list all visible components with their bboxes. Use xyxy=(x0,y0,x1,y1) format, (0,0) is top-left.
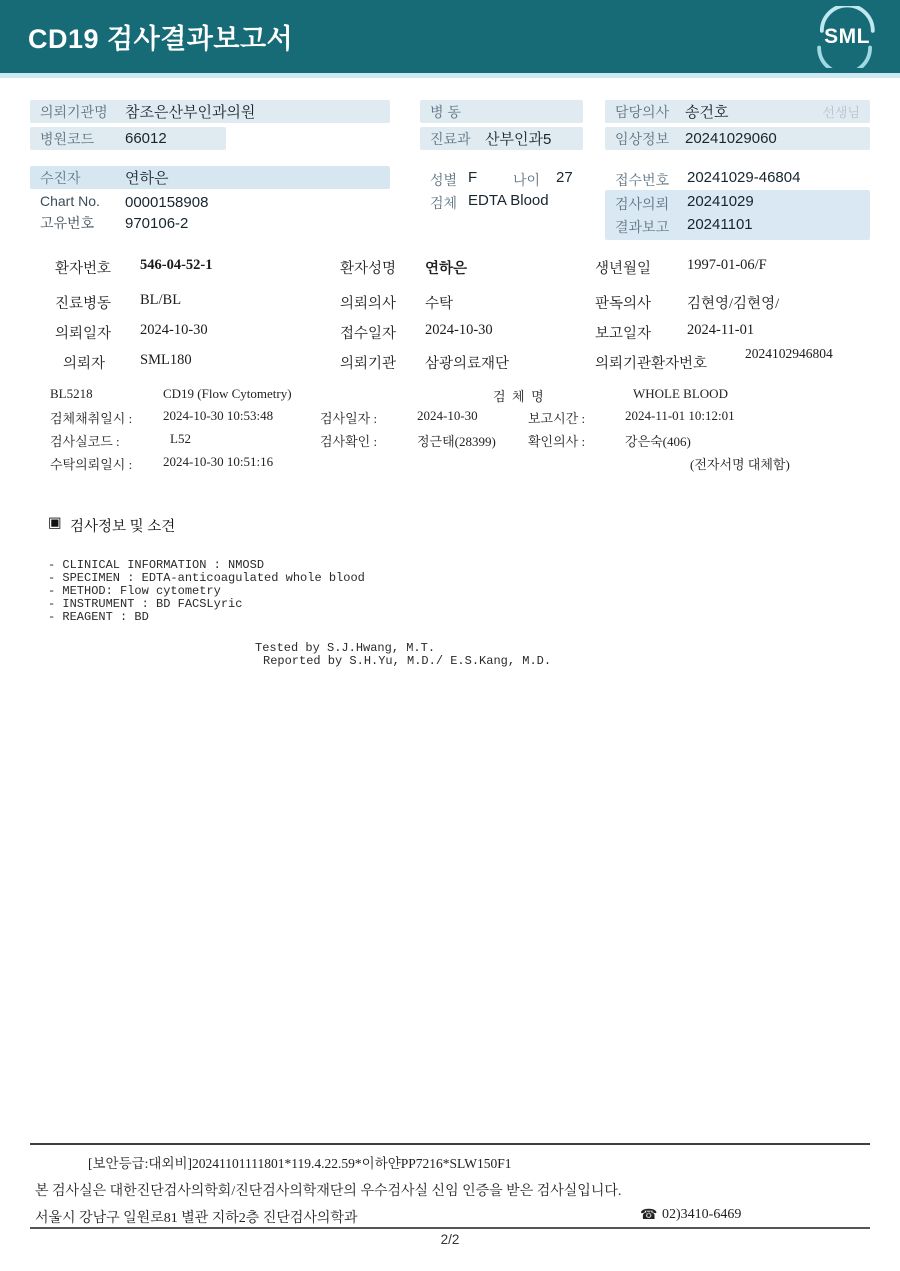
test-code: BL5218 xyxy=(50,386,93,402)
uid-label: 고유번호 xyxy=(40,213,94,233)
security-line: [보안등급:대외비]20241101111801*119.4.22.59*이하얀… xyxy=(88,1152,512,1172)
request-date-value: 20241029 xyxy=(687,193,754,210)
lab-report-page: CD19 검사결과보고서 SML 의뢰기관명 참조은산부인과의원 병원코드 66… xyxy=(0,0,900,1271)
ward-label: 진료병동 xyxy=(55,292,111,313)
field-patient-name: 수진자 연하은 xyxy=(30,166,390,189)
field-value: 참조은산부인과의원 xyxy=(125,101,255,122)
patient-no-label: 환자번호 xyxy=(55,257,111,278)
age-label: 나이 xyxy=(513,170,540,190)
report-time-label: 보고시간 : xyxy=(528,408,585,427)
field-value: 송건호 xyxy=(685,101,728,122)
footer-bottom-rule xyxy=(30,1227,870,1229)
ref-doctor-label: 의뢰의사 xyxy=(340,292,396,313)
sml-logo-text: SML xyxy=(816,6,878,68)
finding-line: - CLINICAL INFORMATION : NMOSD xyxy=(48,558,264,572)
collected-label: 검체채취일시 : xyxy=(50,408,132,427)
confirm-doctor-value: 강은숙(406) xyxy=(625,431,691,450)
verified-label: 검사확인 : xyxy=(320,431,377,450)
report-header: CD19 검사결과보고서 SML xyxy=(0,0,900,73)
test-date-value: 2024-10-30 xyxy=(417,408,478,424)
chart-no-label: Chart No. xyxy=(40,193,100,209)
confirm-doctor-label: 확인의사 : xyxy=(528,431,585,450)
field-value: 연하은 xyxy=(125,167,168,188)
esign-note: (전자서명 대체함) xyxy=(690,454,790,473)
address-line: 서울시 강남구 일원로81 별관 지하2층 진단검사의학과 xyxy=(35,1207,358,1227)
patient-name-value: 연하은 xyxy=(425,257,467,278)
specimen-name-value: WHOLE BLOOD xyxy=(633,386,728,402)
verified-value: 정근태(28399) xyxy=(417,431,496,450)
finding-line: - INSTRUMENT : BD FACSLyric xyxy=(48,597,242,611)
phone-number: 02)3410-6469 xyxy=(662,1207,741,1223)
birth-label: 생년월일 xyxy=(595,257,651,278)
receipt-no-label: 접수번호 xyxy=(615,170,669,190)
receipt-date-value: 2024-10-30 xyxy=(425,322,493,339)
birth-value: 1997-01-06/F xyxy=(687,257,767,274)
report-date2-label: 보고일자 xyxy=(595,322,651,343)
tested-by-line: Tested by S.J.Hwang, M.T. xyxy=(255,641,435,655)
field-client-name: 의뢰기관명 참조은산부인과의원 xyxy=(30,100,390,123)
read-doctor-label: 판독의사 xyxy=(595,292,651,313)
finding-line: - REAGENT : BD xyxy=(48,610,149,624)
field-label: 담당의사 xyxy=(615,102,685,122)
ref-org-value: 삼광의료재단 xyxy=(425,352,509,373)
field-ward: 병 동 xyxy=(420,100,583,123)
reported-by-line: Reported by S.H.Yu, M.D./ E.S.Kang, M.D. xyxy=(263,654,551,668)
field-label: 임상정보 xyxy=(615,129,685,149)
doctor-honorific: 선생님 xyxy=(822,102,860,121)
lab-code-label: 검사실코드 : xyxy=(50,431,120,450)
field-label: 의뢰기관명 xyxy=(40,102,125,122)
accreditation-line: 본 검사실은 대한진단검사의학회/진단검사의학재단의 우수검사실 신임 인증을 … xyxy=(35,1180,621,1200)
field-department: 진료과 산부인과5 xyxy=(420,127,583,150)
field-label: 진료과 xyxy=(430,129,485,149)
test-name: CD19 (Flow Cytometry) xyxy=(163,386,292,402)
sex-label: 성별 xyxy=(430,170,457,190)
field-label: 병 동 xyxy=(430,102,485,122)
sml-logo: SML xyxy=(816,6,878,68)
field-label: 병원코드 xyxy=(40,129,125,149)
page-number: 2/2 xyxy=(0,1232,900,1247)
sex-value: F xyxy=(468,169,477,186)
specimen-label: 검체 xyxy=(430,193,457,213)
chart-no-value: 0000158908 xyxy=(125,194,208,211)
consign-label: 수탁의뢰일시 : xyxy=(50,454,132,473)
header-accent-strip xyxy=(0,73,900,78)
patient-no-value: 546-04-52-1 xyxy=(140,257,213,274)
age-value: 27 xyxy=(556,169,573,186)
request-date2-value: 2024-10-30 xyxy=(140,322,208,339)
read-doctor-value: 김현영/김현영/ xyxy=(687,292,779,313)
report-time-value: 2024-11-01 10:12:01 xyxy=(625,408,735,424)
field-hospital-code: 병원코드 66012 xyxy=(30,127,226,150)
footer-top-rule xyxy=(30,1143,870,1145)
report-date2-value: 2024-11-01 xyxy=(687,322,754,339)
section-title: 검사정보 및 소견 xyxy=(70,515,175,536)
field-value: 66012 xyxy=(125,130,167,147)
finding-line: - SPECIMEN : EDTA-anticoagulated whole b… xyxy=(48,571,365,585)
section-marker-icon: ▣ xyxy=(48,515,62,532)
test-date-label: 검사일자 : xyxy=(320,408,377,427)
ref-org-label: 의뢰기관 xyxy=(340,352,396,373)
collected-value: 2024-10-30 10:53:48 xyxy=(163,408,273,424)
specimen-name-label: 검 체 명 xyxy=(493,386,544,405)
field-value: 20241029060 xyxy=(685,130,777,147)
specimen-value: EDTA Blood xyxy=(468,192,549,209)
field-label: 수진자 xyxy=(40,168,125,188)
phone-icon: ☎ xyxy=(640,1207,657,1224)
request-date2-label: 의뢰일자 xyxy=(55,322,111,343)
field-clinical-info: 임상정보 20241029060 xyxy=(605,127,870,150)
ward-value: BL/BL xyxy=(140,292,181,309)
receipt-date-label: 접수일자 xyxy=(340,322,396,343)
ref-org-patient-no-label: 의뢰기관환자번호 xyxy=(595,352,707,373)
ref-doctor-value: 수탁 xyxy=(425,292,453,313)
lab-code-value: L52 xyxy=(170,431,191,447)
ref-org-patient-no-value: 2024102946804 xyxy=(745,346,857,361)
consign-value: 2024-10-30 10:51:16 xyxy=(163,454,273,470)
finding-line: - METHOD: Flow cytometry xyxy=(48,584,221,598)
report-date-label: 결과보고 xyxy=(615,217,669,237)
field-value: 산부인과5 xyxy=(485,128,551,149)
requester-label: 의뢰자 xyxy=(63,352,105,373)
requester-value: SML180 xyxy=(140,352,192,369)
report-title: CD19 검사결과보고서 xyxy=(0,17,293,56)
receipt-no-value: 20241029-46804 xyxy=(687,169,800,186)
uid-value: 970106-2 xyxy=(125,215,188,232)
request-date-label: 검사의뢰 xyxy=(615,194,669,214)
patient-name-label: 환자성명 xyxy=(340,257,396,278)
field-doctor: 담당의사 송건호 선생님 xyxy=(605,100,870,123)
report-date-value: 20241101 xyxy=(687,216,753,233)
